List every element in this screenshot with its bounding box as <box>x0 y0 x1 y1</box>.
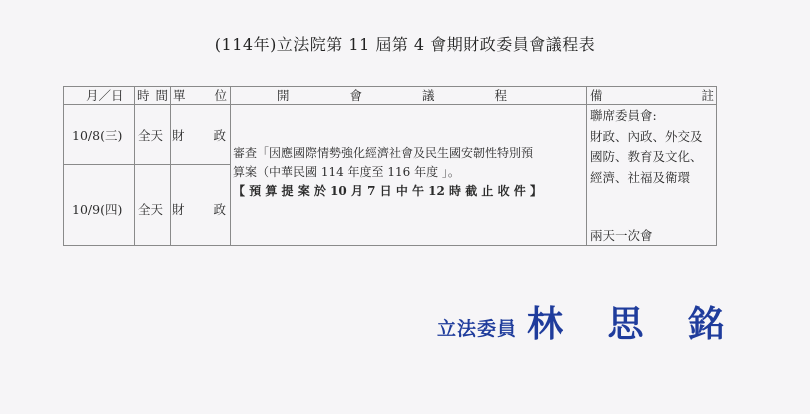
signature-name: 林 思 銘 <box>527 296 740 347</box>
header-text: 單 <box>173 88 186 104</box>
header-agenda: 開 會 議 程 <box>277 88 507 104</box>
column-divider <box>230 87 231 245</box>
header-text: 會 <box>349 88 362 104</box>
row1-unit: 財 政 <box>172 127 226 144</box>
agenda-table: 月 ／ 日 時 間 單 位 開 會 議 程 備 註 10/8(三) 全天 財 政… <box>63 86 717 246</box>
header-text: 備 <box>590 88 603 104</box>
agenda-line-2: 算案（中華民國 114 年度至 116 年度 」。 <box>233 163 583 182</box>
header-text: 間 <box>155 88 168 104</box>
header-notes: 備 註 <box>590 88 714 104</box>
header-text: 開 <box>277 88 290 104</box>
unit-text: 政 <box>213 127 226 144</box>
row1-time: 全天 <box>138 127 163 144</box>
column-divider <box>586 87 587 245</box>
unit-text: 政 <box>213 201 226 218</box>
agenda-content: 審查「因應國際情勢強化經濟社會及民生國安韌性特別預 算案（中華民國 114 年度… <box>233 144 583 201</box>
header-time: 時 間 <box>137 88 168 104</box>
header-unit: 單 位 <box>173 88 227 104</box>
row-divider <box>64 164 230 165</box>
agenda-line-1: 審查「因應國際情勢強化經濟社會及民生國安韌性特別預 <box>233 144 583 163</box>
header-text: 註 <box>701 88 714 104</box>
header-text: 日 <box>111 88 124 104</box>
header-divider <box>64 104 716 105</box>
row2-time: 全天 <box>138 201 163 218</box>
signature-title: 立法委員 <box>437 314 517 341</box>
agenda-line-3: 【 預 算 提 案 於 10 月 7 日 中 午 12 時 截 止 收 件 】 <box>233 182 583 201</box>
notes-content: 聯席委員會: 財政、內政、外交及國防、教育及文化、經濟、社福及衛環 <box>590 106 710 188</box>
row2-unit: 財 政 <box>172 201 226 218</box>
page-title: (114年)立法院第 11 屆第 4 會期財政委員會議程表 <box>0 32 810 55</box>
header-text: 月 <box>86 88 99 104</box>
notes-joint-label: 聯席委員會: <box>590 106 710 127</box>
notes-frequency: 兩天一次會 <box>590 227 653 244</box>
signature: 立法委員 林 思 銘 <box>437 296 740 347</box>
unit-text: 財 <box>172 127 185 144</box>
unit-text: 財 <box>172 201 185 218</box>
column-divider <box>134 87 135 245</box>
notes-committees: 財政、內政、外交及國防、教育及文化、經濟、社福及衛環 <box>590 127 710 189</box>
header-date: 月 ／ 日 <box>86 88 116 104</box>
header-text: 位 <box>214 88 227 104</box>
header-text: 時 <box>137 88 150 104</box>
header-text: ／ <box>99 88 112 104</box>
header-text: 程 <box>494 88 507 104</box>
row2-date: 10/9(四) <box>72 201 122 218</box>
row1-date: 10/8(三) <box>72 127 122 144</box>
column-divider <box>170 87 171 245</box>
header-text: 議 <box>422 88 435 104</box>
